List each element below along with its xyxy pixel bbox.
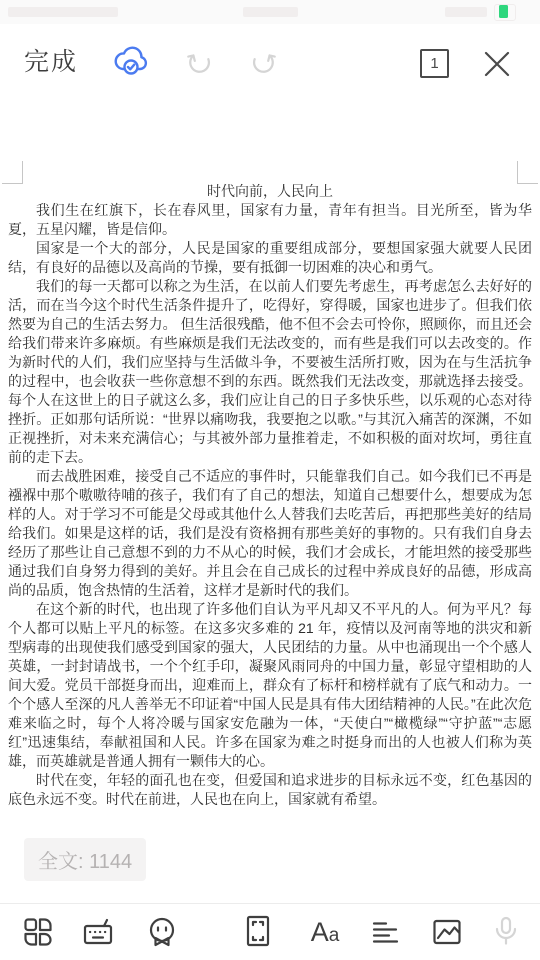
document-title: 时代向前，人民向上 — [8, 182, 532, 201]
insert-image-icon[interactable] — [425, 910, 469, 954]
page-fit-icon[interactable] — [236, 910, 280, 954]
top-toolbar: 完成 1 — [0, 24, 540, 96]
tools-grid-icon[interactable] — [16, 910, 60, 954]
page-number: 1 — [430, 55, 438, 72]
paragraph: 我们生在红旗下，长在春风里，国家有力量，青年有担当。目光所至，皆为华夏，五星闪耀… — [8, 201, 532, 239]
done-button[interactable]: 完成 — [24, 42, 78, 78]
close-icon[interactable] — [482, 49, 512, 82]
keyboard-icon[interactable] — [76, 910, 120, 954]
redo-icon[interactable] — [249, 48, 279, 79]
status-bar — [0, 0, 540, 24]
paragraph-format-icon[interactable] — [363, 910, 407, 954]
document-editor-screen: 完成 1 — [0, 0, 540, 960]
clock-text-faint — [243, 7, 298, 17]
word-count-badge: 全文: 1144 — [24, 838, 146, 881]
assistant-face-icon[interactable] — [140, 910, 184, 954]
font-style-label: Aa — [311, 919, 340, 946]
carrier-text-faint — [8, 7, 118, 17]
cloud-sync-saved-icon[interactable] — [111, 44, 151, 81]
paragraph: 而去战胜困难，接受自己不适应的事件时，只能靠我们自己。如今我们已不再是襁褓中那个… — [8, 467, 532, 600]
microphone-icon[interactable] — [484, 910, 528, 954]
undo-icon[interactable] — [184, 48, 214, 79]
font-style-icon[interactable]: Aa — [303, 910, 347, 954]
paragraph: 我们的每一天都可以称之为生活，在以前人们要先考虑生，再考虑怎么去好好的活，而在当… — [8, 277, 532, 467]
signal-icons-faint — [445, 7, 487, 17]
paragraph: 在这个新的时代，也出现了许多他们自认为平凡却又不平凡的人。何为平凡？每个人都可以… — [8, 600, 532, 771]
bottom-toolbar: Aa — [0, 903, 540, 960]
battery-icon — [499, 5, 508, 18]
document-page[interactable]: 时代向前，人民向上 我们生在红旗下，长在春风里，国家有力量，青年有担当。目光所至… — [8, 182, 532, 809]
paragraph: 时代在变，年轻的面孔也在变，但爱国和追求进步的目标永远不变，红色基因的底色永远不… — [8, 771, 532, 809]
page-number-indicator[interactable]: 1 — [420, 49, 449, 78]
paragraph: 国家是一个大的部分，人民是国家的重要组成部分，要想国家强大就要人民团结，有良好的… — [8, 239, 532, 277]
